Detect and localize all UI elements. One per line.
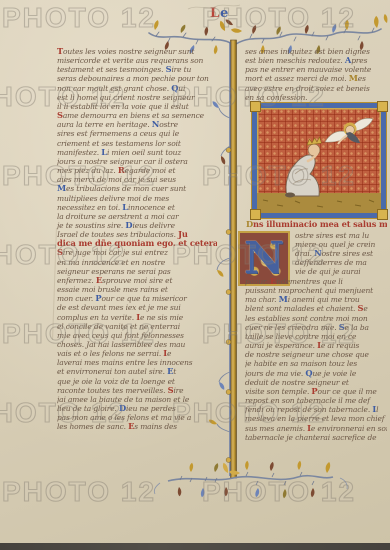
miniature-scene bbox=[257, 108, 381, 213]
text-column-right-main: paour. Endementres que lipuissant maproc… bbox=[245, 277, 387, 442]
text-line: sus mes anemis. Ie environnerai en son bbox=[245, 424, 387, 433]
angel-figure bbox=[325, 118, 373, 144]
text-line: sires est fermemens a ceus qui le bbox=[57, 129, 217, 138]
text-line: dica me dñe quoniam ego. et cetera. bbox=[57, 239, 217, 248]
text-line: manifestez. Li mien oeil sunt touz bbox=[57, 148, 217, 157]
text-line: seigneur esperans ne serai pas bbox=[57, 267, 217, 276]
text-line: vais et o les felons ne serrai. Ie bbox=[57, 349, 217, 358]
text-line: enfermez. Esprouve moi sire et bbox=[57, 276, 217, 285]
text-line: multipliees delivre moi de mes bbox=[57, 194, 217, 203]
text-line: visite son temple. Pour ce que il me bbox=[245, 387, 387, 396]
text-line: drai. Nostre sires est bbox=[295, 249, 387, 258]
text-line: pas mon ame o les felons et ma vie a bbox=[57, 413, 217, 422]
miniature-background bbox=[257, 108, 381, 213]
text-column-right-wrapped: ostre sires est ma lumiere ou quel je cr… bbox=[295, 231, 387, 276]
text-line: non car moult est grant chose. Qui bbox=[57, 84, 217, 93]
text-line: paour. Endementres que li bbox=[245, 277, 387, 286]
text-line: choses. Jai hai lassemblee des mau bbox=[57, 340, 217, 349]
rubric-latin: Dns illuminacio mea et salus mea qua bbox=[246, 219, 387, 228]
text-line: complus en ta verite. Ie ne sis mie bbox=[57, 313, 217, 322]
text-line: deffenderres de ma bbox=[295, 258, 387, 267]
text-line: testament et ses tesmoinges. Sire tu bbox=[57, 65, 217, 74]
corner-boss-top-right bbox=[377, 101, 388, 112]
king-figure bbox=[285, 137, 322, 198]
text-line: cuer ne les criendra mie. Se la ba bbox=[245, 323, 387, 332]
text-line: aies merci de moi car je sui seus bbox=[57, 175, 217, 184]
text-line: Dns illuminacio mea et salus mea qua bbox=[246, 219, 387, 228]
text-line: est li home qui crient nostre seigneur bbox=[57, 93, 217, 102]
text-line: jai amee la biaute de ta maison et le bbox=[57, 395, 217, 404]
text-line: raconte toutes tes merveilles. Sire bbox=[57, 386, 217, 395]
text-line: mie avec ceus qui font felonnesses bbox=[57, 331, 217, 340]
text-line: mes piez du laz. Regarde moi et bbox=[57, 166, 217, 175]
text-line: Sire juge moi car je sui entrez bbox=[57, 248, 217, 257]
text-line: mon cuer. Pour ce que ta misericor bbox=[57, 294, 217, 303]
text-line: les establies sont contre moi mon bbox=[245, 314, 387, 323]
text-line: essaie moi brusle mes rains et bbox=[57, 285, 217, 294]
text-line: pas ne entrer en mauvaise volente bbox=[245, 65, 387, 74]
text-line: avec estre en droit soiez et beneis bbox=[245, 84, 387, 93]
text-line: Same demourra en biens et sa semence bbox=[57, 111, 217, 120]
text-line: Toutes les voies nostre seigneur sunt bbox=[57, 47, 217, 56]
text-line: seras debounaires a mon pechie pour ton bbox=[57, 74, 217, 83]
manuscript-page: Le Toutes les voies nostre seigneur sunt… bbox=[0, 0, 390, 550]
text-column-left: Toutes les voies nostre seigneur suntmis… bbox=[57, 47, 217, 432]
text-line: mort et assez merci de moi. Mes bbox=[245, 74, 387, 83]
text-line: ostre sires est ma lu bbox=[295, 231, 387, 240]
text-line: laverai mes mains entre les innocens bbox=[57, 358, 217, 367]
text-line: deduit de nostre seigneur et bbox=[245, 378, 387, 387]
text-line: lieu de ta gloire. Dieu ne perdes bbox=[57, 404, 217, 413]
text-line: misericorde et verite aus requerans son bbox=[57, 56, 217, 65]
text-line: je habite en sa maison touz les bbox=[245, 359, 387, 368]
text-column-right-top: ses ames iniquitez est bien dignesest bi… bbox=[245, 47, 387, 102]
text-line: de nostre seigneur une chose que bbox=[245, 350, 387, 359]
running-title-letter-e: e bbox=[220, 6, 229, 21]
text-line: vie de qui je aurai bbox=[295, 267, 387, 276]
text-line: aura la terre en heritage. Nostre bbox=[57, 120, 217, 129]
text-line: el concile de vanite et ne enterrai bbox=[57, 322, 217, 331]
text-line: en ma innocence et en nostre bbox=[57, 258, 217, 267]
text-line: necessitez en toi. Linnocence et bbox=[57, 203, 217, 212]
text-line: puissant maprochent qui menjuent bbox=[245, 286, 387, 295]
text-line: de est devant mes iex et je me sui bbox=[57, 303, 217, 312]
text-line: ses ames iniquitez est bien dignes bbox=[245, 47, 387, 56]
text-line: la droiture se aerstrent a moi car bbox=[57, 212, 217, 221]
text-line: jours a nostre seigneur car il ostera bbox=[57, 157, 217, 166]
text-line: Israel de toutes ses tribulacions. Ju bbox=[57, 230, 217, 239]
text-line: jours de ma vie. Que je voie le bbox=[245, 369, 387, 378]
text-line: criement et ses testamens lor soit bbox=[57, 139, 217, 148]
text-line: je te soustins sire. Dieus delivre bbox=[57, 221, 217, 230]
bottom-border-vine bbox=[154, 461, 347, 499]
photo-bottom-strip bbox=[0, 543, 390, 550]
text-line: taille se lieve contre moi en ce bbox=[245, 332, 387, 341]
text-line: les homes de sanc. Es mains des bbox=[57, 422, 217, 431]
text-line: tabernacle je chanterai sacrefice de bbox=[245, 433, 387, 442]
running-title: Le bbox=[210, 7, 229, 21]
text-line: aurai je esperance. Ie ai requis bbox=[245, 341, 387, 350]
text-line: il li establit loi en la voie que il esl… bbox=[57, 102, 217, 111]
text-line: miere ou quel je crein bbox=[295, 240, 387, 249]
corner-boss-top-left bbox=[250, 101, 261, 112]
text-line: fendi ou repost de son tabernacle. Il bbox=[245, 405, 387, 414]
text-line: mesleva en la pierre et leva mon chief bbox=[245, 414, 387, 423]
text-line: repost en son tabernacle il me def bbox=[245, 396, 387, 405]
text-line: et envirronerai ton autel sire. Et bbox=[57, 367, 217, 376]
text-line: ma char. Mi anemi qui me trou bbox=[245, 295, 387, 304]
text-line: en sa confession. bbox=[245, 93, 387, 102]
miniature bbox=[252, 103, 386, 218]
text-line: que je oie la voiz de ta loenge et bbox=[57, 377, 217, 386]
text-line: est bien meschis redoutez. Apres bbox=[245, 56, 387, 65]
text-line: blent sont malades et chaient. Se bbox=[245, 304, 387, 313]
text-line: Mes tribulacions de mon cuer sunt bbox=[57, 184, 217, 193]
running-title-letter-l: L bbox=[210, 6, 220, 21]
